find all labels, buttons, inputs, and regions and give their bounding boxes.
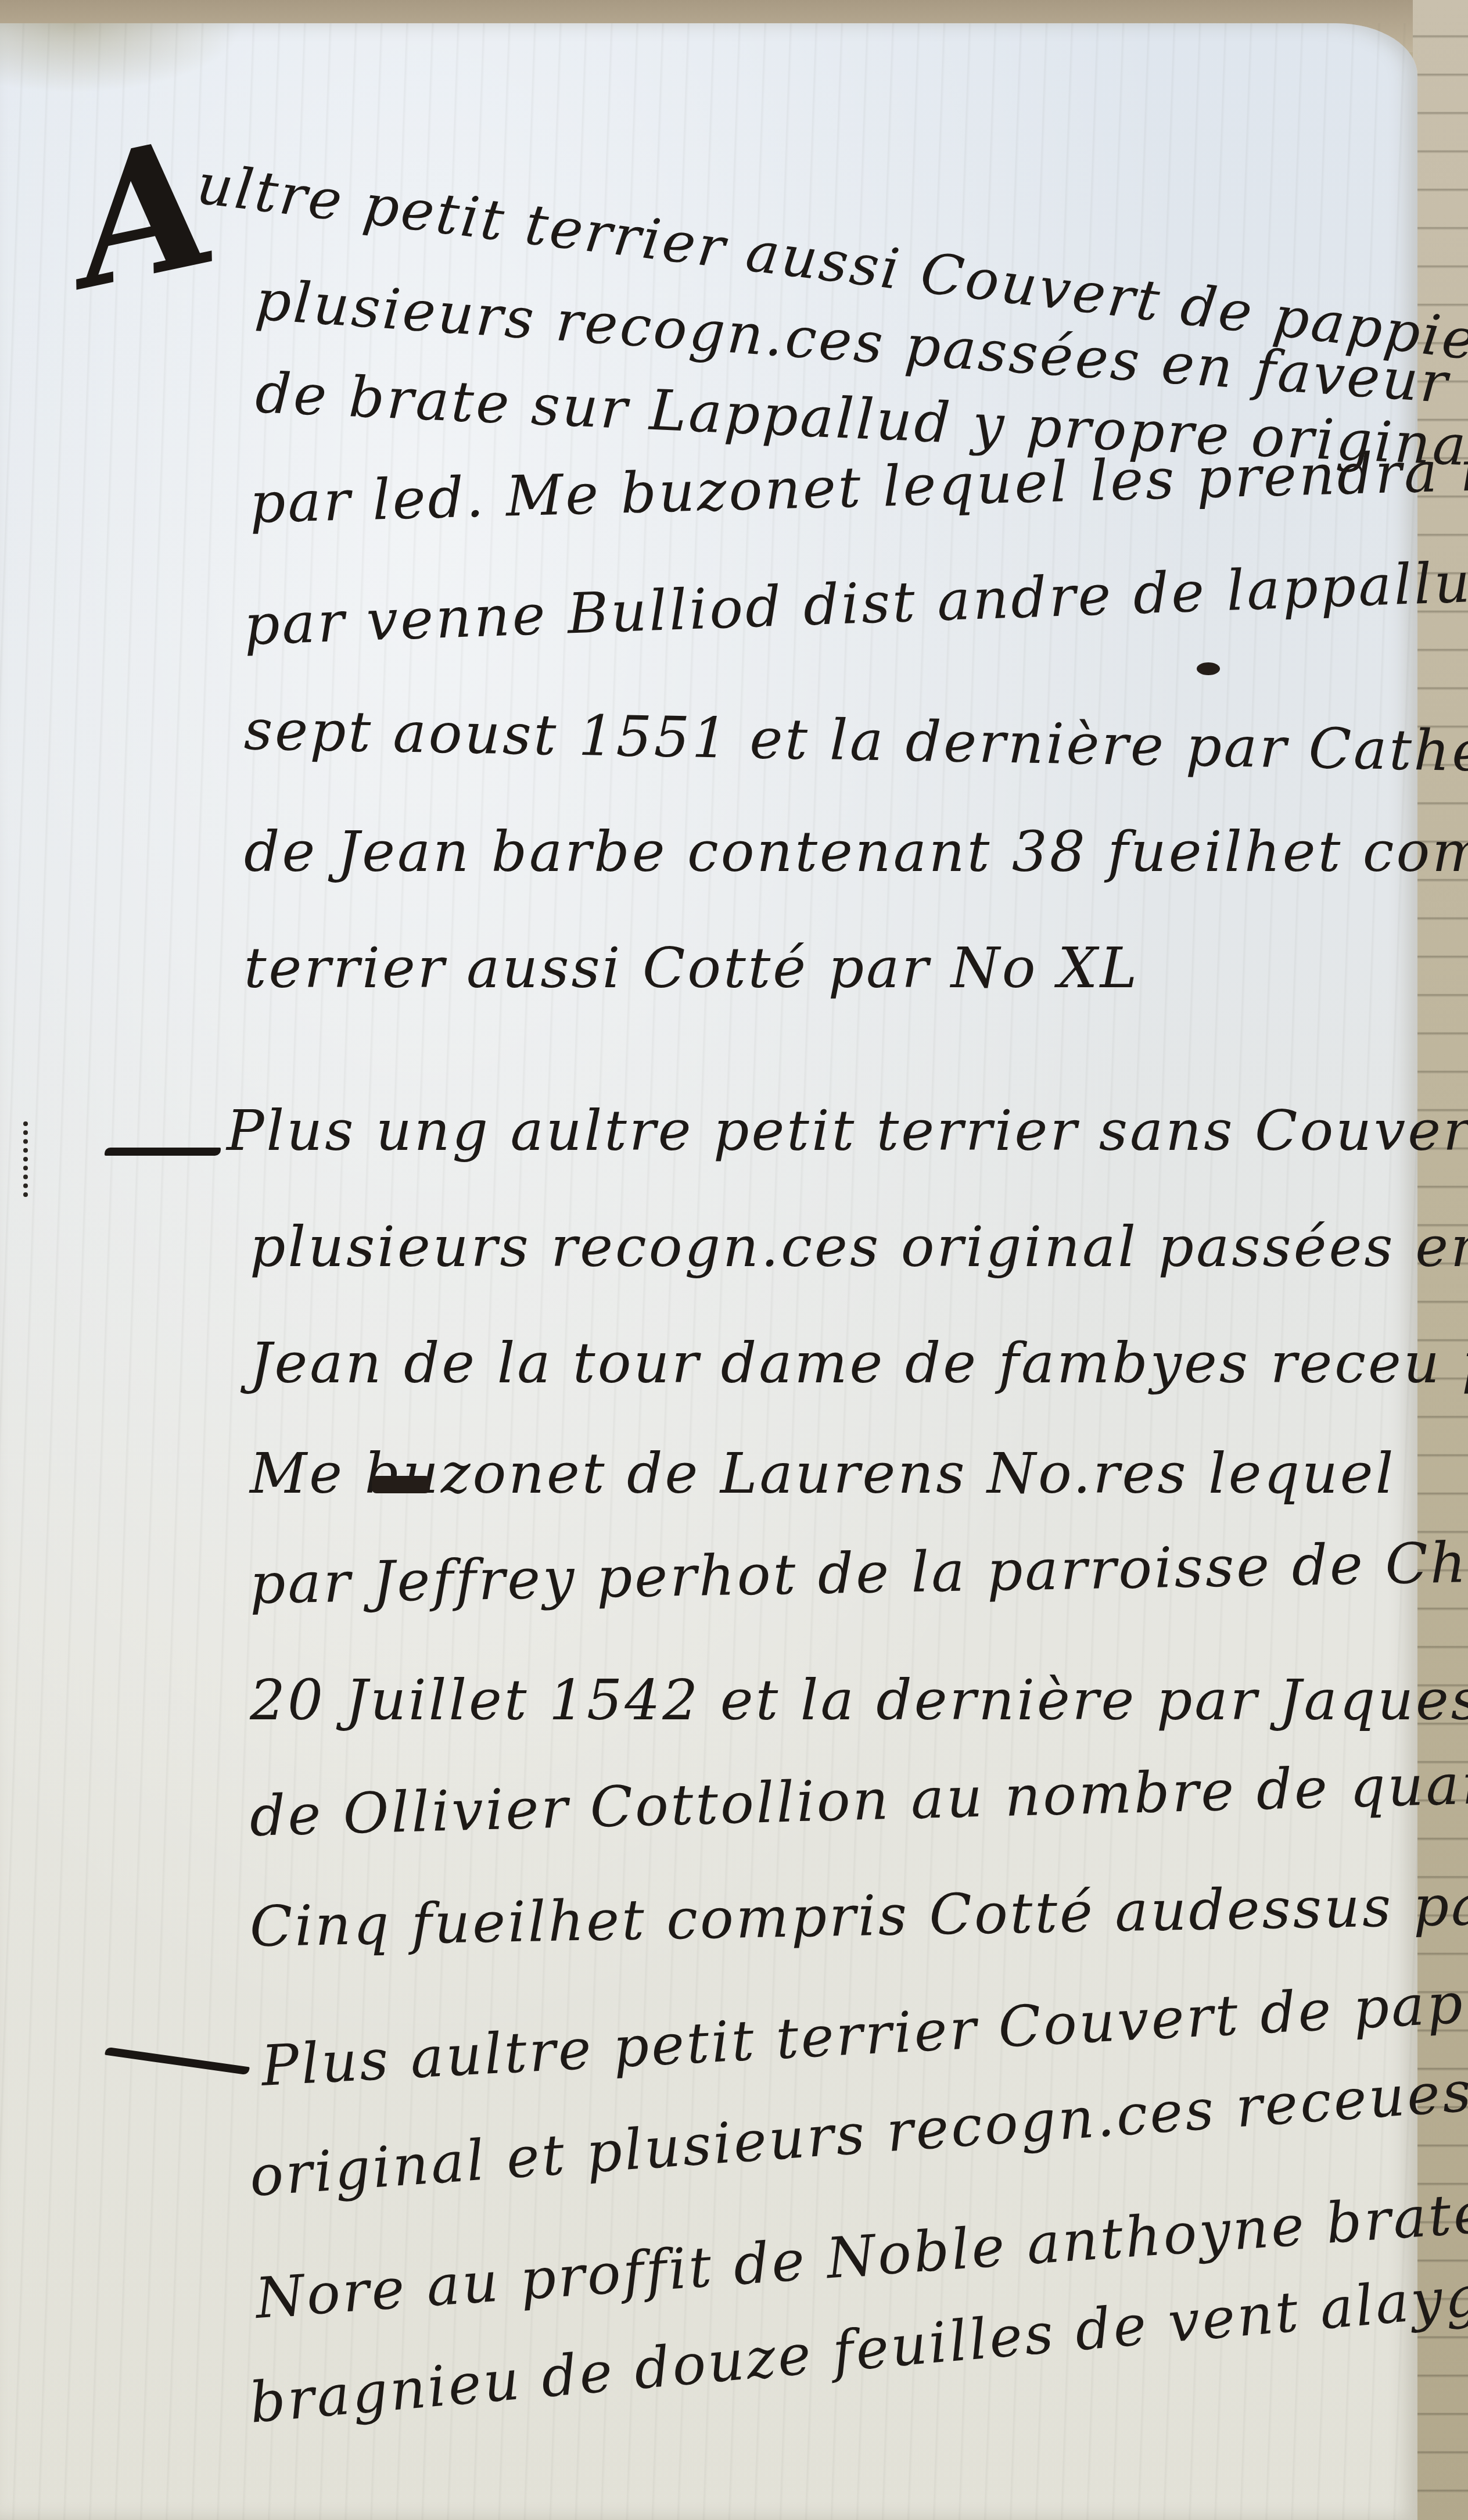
text-line: par Jeffrey perhot de la parroisse de Ch…: [249, 1525, 1468, 1616]
text-line: plusieurs recogn.ces original passées en…: [250, 1214, 1468, 1279]
ink-blot: [1197, 662, 1220, 675]
text-line: de Ollivier Cottollion au nombre de quar…: [249, 1748, 1468, 1849]
text-line: Me buzonet de Laurens No.res lequel: [250, 1441, 1395, 1506]
text-line: sept aoust 1551 et la dernière par Cathe…: [243, 697, 1468, 786]
margin-dots: [23, 1121, 37, 1197]
crossed-out-word: [372, 1476, 430, 1493]
text-line: terrier aussi Cotté par No XL: [244, 935, 1139, 1001]
text-line: Jean de la tour dame de fambyes receu pa…: [250, 1331, 1468, 1396]
text-line: par venne Bulliod dist andre de lappallu…: [243, 545, 1468, 658]
initial-flourish: [105, 1148, 221, 1156]
text-line: 20 Juillet 1542 et la dernière par Jaque…: [250, 1668, 1468, 1733]
text-line: de Jean barbe contenant 38 fueilhet comp…: [244, 819, 1468, 884]
initial-flourish: [105, 2047, 250, 2075]
text-line: Cinq fueilhet compris Cotté audessus par…: [249, 1870, 1468, 1959]
manuscript-page: A ultre petit terrier aussi Couvert de p…: [0, 23, 1417, 2520]
text-line: Plus ung aultre petit terrier sans Couve…: [227, 1098, 1468, 1163]
